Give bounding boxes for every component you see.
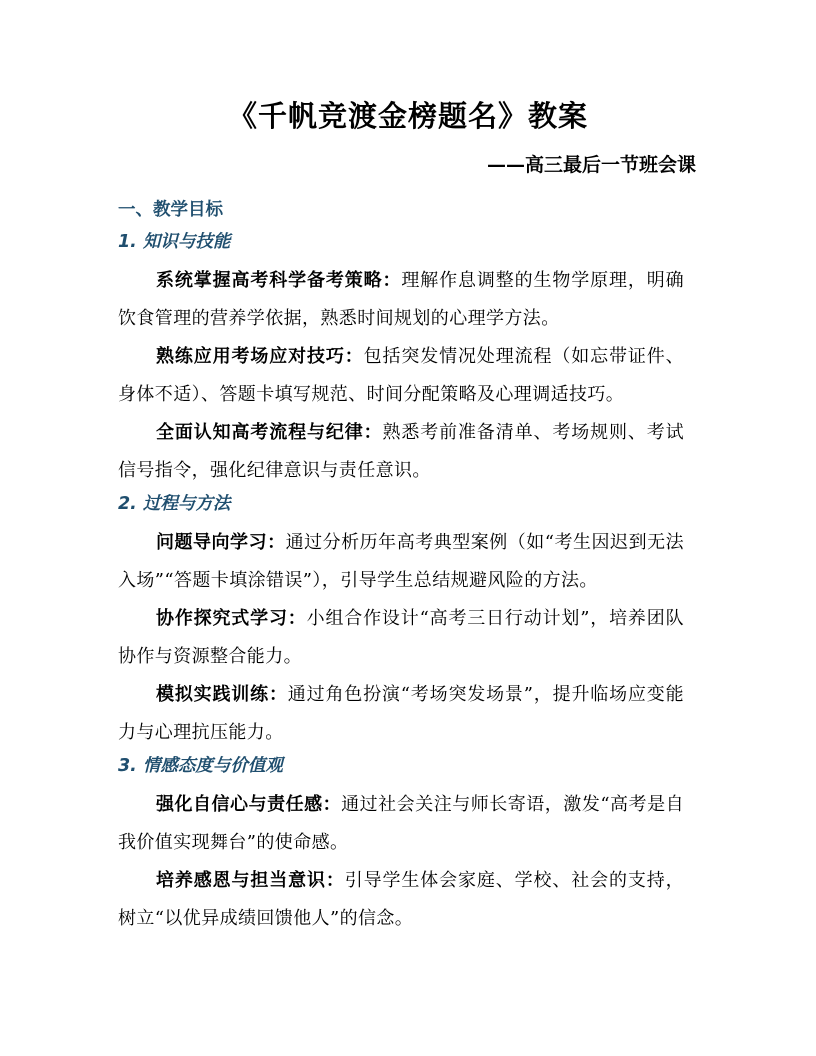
paragraph: 协作探究式学习：小组合作设计“高考三日行动计划”，培养团队协作与资源整合能力。 [118,600,684,676]
paragraph: 培养感恩与担当意识：引导学生体会家庭、学校、社会的支持，树立“以优异成绩回馈他人… [118,862,684,938]
paragraph-lead: 系统掌握高考科学备考策略： [156,270,401,291]
paragraph: 全面认知高考流程与纪律：熟悉考前准备清单、考场规则、考试信号指令，强化纪律意识与… [118,414,684,490]
document-page: 《千帆竞渡金榜题名》教案 ——高三最后一节班会课 一、教学目标 1. 知识与技能… [0,0,816,1056]
document-subtitle: ——高三最后一节班会课 [487,152,696,178]
paragraph-lead: 模拟实践训练： [156,684,288,705]
document-body: 一、教学目标 1. 知识与技能 系统掌握高考科学备考策略：理解作息调整的生物学原… [118,196,684,938]
paragraph-lead: 协作探究式学习： [156,608,307,629]
paragraph: 熟练应用考场应对技巧：包括突发情况处理流程（如忘带证件、身体不适）、答题卡填写规… [118,338,684,414]
paragraph: 系统掌握高考科学备考策略：理解作息调整的生物学原理，明确饮食管理的营养学依据，熟… [118,262,684,338]
paragraph-lead: 全面认知高考流程与纪律： [156,422,382,443]
subsection-heading-process-methods: 2. 过程与方法 [118,490,684,518]
paragraph: 问题导向学习：通过分析历年高考典型案例（如“考生因迟到无法入场”“答题卡填涂错误… [118,524,684,600]
paragraph-lead: 强化自信心与责任感： [156,794,341,815]
paragraph-lead: 问题导向学习： [156,532,286,553]
paragraph-lead: 熟练应用考场应对技巧： [156,346,364,367]
section-heading-teaching-objectives: 一、教学目标 [118,196,684,224]
document-title: 《千帆竞渡金榜题名》教案 [0,96,816,136]
paragraph-lead: 培养感恩与担当意识： [156,870,345,891]
subsection-heading-knowledge-skills: 1. 知识与技能 [118,228,684,256]
subsection-heading-attitudes-values: 3. 情感态度与价值观 [118,752,684,780]
paragraph: 强化自信心与责任感：通过社会关注与师长寄语，激发“高考是自我价值实现舞台”的使命… [118,786,684,862]
paragraph: 模拟实践训练：通过角色扮演“考场突发场景”，提升临场应变能力与心理抗压能力。 [118,676,684,752]
